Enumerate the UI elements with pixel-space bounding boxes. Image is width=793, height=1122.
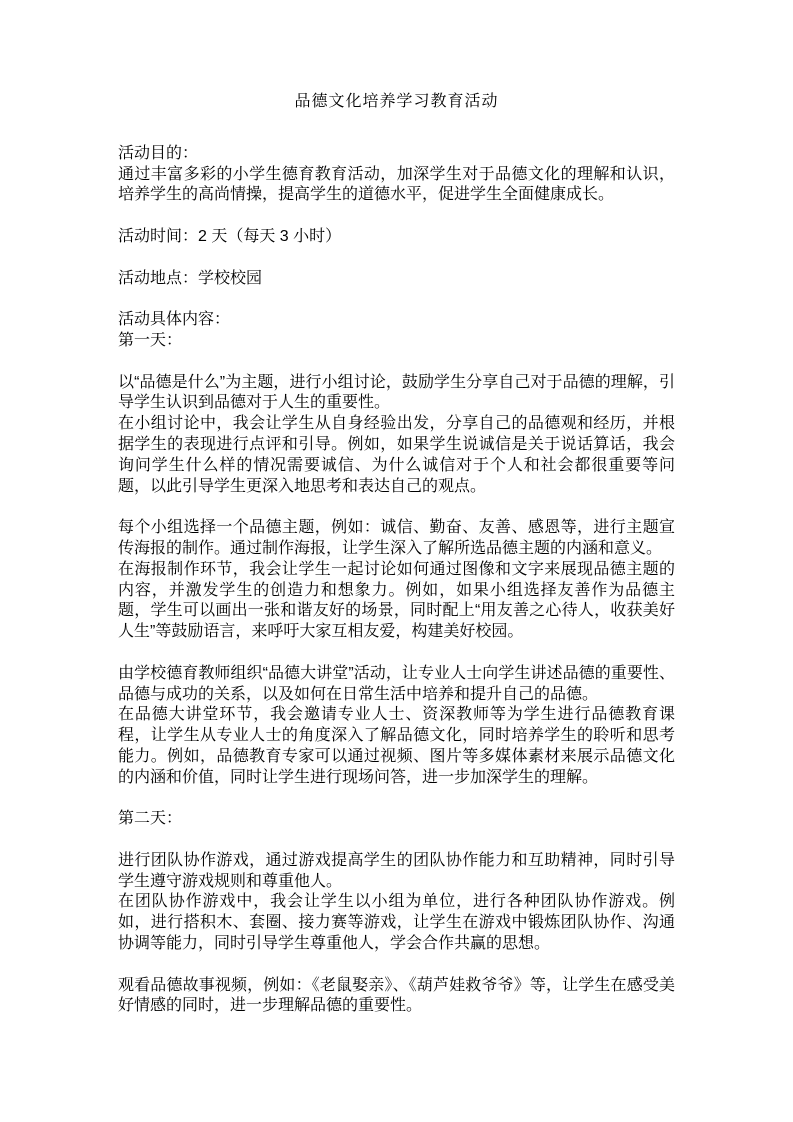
paragraph-activity-content-header: 活动具体内容： 第一天： <box>118 310 675 352</box>
paragraph-activity-purpose: 活动目的： 通过丰富多彩的小学生德育教育活动，加深学生对于品德文化的理解和认识，… <box>118 144 675 206</box>
document-page: 品德文化培养学习教育活动 活动目的： 通过丰富多彩的小学生德育教育活动，加深学生… <box>0 0 793 1122</box>
paragraph-day1-poster: 每个小组选择一个品德主题，例如：诚信、勤奋、友善、感恩等，进行主题宣传海报的制作… <box>118 518 675 643</box>
document-title: 品德文化培养学习教育活动 <box>118 92 675 113</box>
paragraph-activity-time: 活动时间：2 天（每天 3 小时） <box>118 227 675 248</box>
paragraph-activity-location: 活动地点：学校校园 <box>118 269 675 290</box>
paragraph-day2-games: 进行团队协作游戏，通过游戏提高学生的团队协作能力和互助精神，同时引导学生遵守游戏… <box>118 851 675 955</box>
paragraph-day2-video: 观看品德故事视频，例如：《老鼠娶亲》、《葫芦娃救爷爷》等，让学生在感受美好情感的… <box>118 976 675 1018</box>
paragraph-day1-discussion: 以“品德是什么”为主题，进行小组讨论，鼓励学生分享自己对于品德的理解，引导学生认… <box>118 373 675 498</box>
paragraph-day1-lecture: 由学校德育教师组织“品德大讲堂”活动，让专业人士向学生讲述品德的重要性、品德与成… <box>118 664 675 789</box>
paragraph-day2-header: 第二天： <box>118 809 675 830</box>
